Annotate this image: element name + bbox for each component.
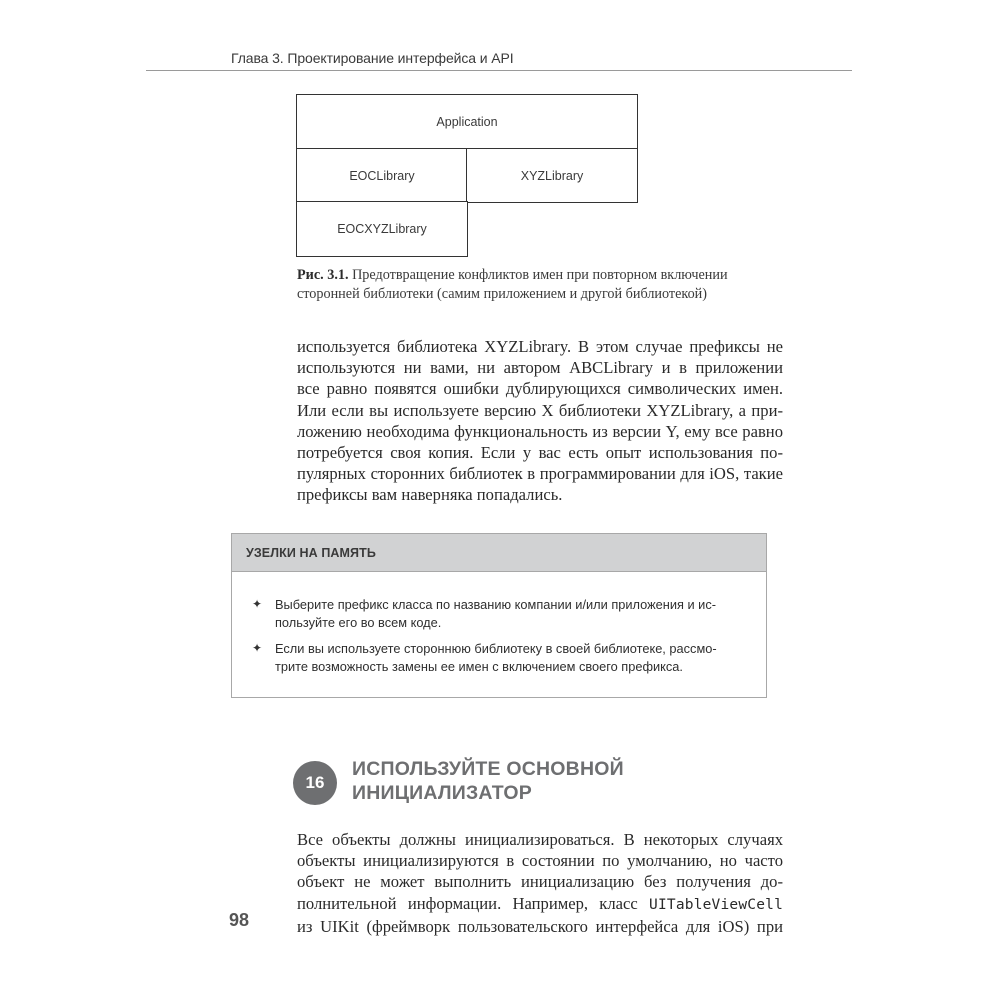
- callout-title: УЗЕЛКИ НА ПАМЯТЬ: [232, 534, 766, 572]
- text-line: используется библиотека XYZLibrary. В эт…: [297, 336, 783, 357]
- header-rule: [146, 70, 852, 71]
- callout-item-line: пользуйте его во всем коде.: [275, 614, 766, 632]
- text-line: используются ни вами, ни автором ABCLibr…: [297, 357, 783, 378]
- text-fragment: полнительной информации. Например, класс: [297, 894, 649, 913]
- section-title: ИСПОЛЬЗУЙТЕ ОСНОВНОЙ ИНИЦИАЛИЗАТОР: [352, 757, 624, 805]
- four-point-star-bullet-icon: ✦: [252, 639, 262, 657]
- section-number-badge: 16: [293, 761, 337, 805]
- code-class-name: UITableViewCell: [649, 897, 783, 913]
- callout-item: ✦ Выберите префикс класса по названию ко…: [232, 596, 766, 632]
- diagram-box-xyzlibrary: XYZLibrary: [466, 148, 638, 203]
- callout-item-line: трите возможность замены ее имен с включ…: [275, 658, 766, 676]
- text-line: Или если вы используете версию X библиот…: [297, 400, 783, 421]
- text-line: пулярных сторонних библиотек в программи…: [297, 463, 783, 484]
- callout-list: ✦ Выберите префикс класса по названию ко…: [232, 596, 766, 684]
- text-line: Все объекты должны инициализироваться. В…: [297, 829, 783, 850]
- section-title-line: ИСПОЛЬЗУЙТЕ ОСНОВНОЙ: [352, 757, 624, 781]
- figure-label: Рис. 3.1.: [297, 267, 349, 283]
- text-line: из UIKit (фреймворк пользовательского ин…: [297, 916, 783, 937]
- text-line: ложению необходима функциональность из в…: [297, 421, 783, 442]
- page-number: 98: [229, 910, 249, 931]
- callout-item-line: Если вы используете стороннюю библиотеку…: [275, 640, 766, 658]
- callout-item: ✦ Если вы используете стороннюю библиоте…: [232, 640, 766, 676]
- diagram-box-eoclibrary: EOCLibrary: [296, 148, 468, 203]
- diagram-box-eocxyzlibrary: EOCXYZLibrary: [296, 201, 468, 257]
- figure-caption: Рис. 3.1. Предотвращение конфликтов имен…: [297, 266, 797, 304]
- text-line: префиксы вам наверняка попадались.: [297, 484, 783, 505]
- paragraph-prefixes: используется библиотека XYZLibrary. В эт…: [297, 336, 783, 506]
- caption-line: сторонней библиотеки (самим приложением …: [297, 286, 707, 302]
- callout-item-line: Выберите префикс класса по названию комп…: [275, 596, 766, 614]
- diagram-box-application: Application: [296, 94, 638, 150]
- text-line: полнительной информации. Например, класс…: [297, 893, 783, 916]
- text-line: объект не может выполнить инициализацию …: [297, 871, 783, 892]
- text-line: объекты инициализируются в состоянии по …: [297, 850, 783, 871]
- running-head: Глава 3. Проектирование интерфейса и API: [231, 50, 514, 66]
- paragraph-initialization: Все объекты должны инициализироваться. В…: [297, 829, 783, 937]
- four-point-star-bullet-icon: ✦: [252, 595, 262, 613]
- section-title-line: ИНИЦИАЛИЗАТОР: [352, 781, 624, 805]
- text-line: все равно появятся ошибки дублирующихся …: [297, 378, 783, 399]
- remember-callout: УЗЕЛКИ НА ПАМЯТЬ ✦ Выберите префикс клас…: [231, 533, 767, 698]
- text-line: потребуется своя копия. Если у вас есть …: [297, 442, 783, 463]
- library-diagram: Application EOCLibrary XYZLibrary EOCXYZ…: [296, 94, 638, 257]
- caption-line: Предотвращение конфликтов имен при повто…: [349, 267, 728, 283]
